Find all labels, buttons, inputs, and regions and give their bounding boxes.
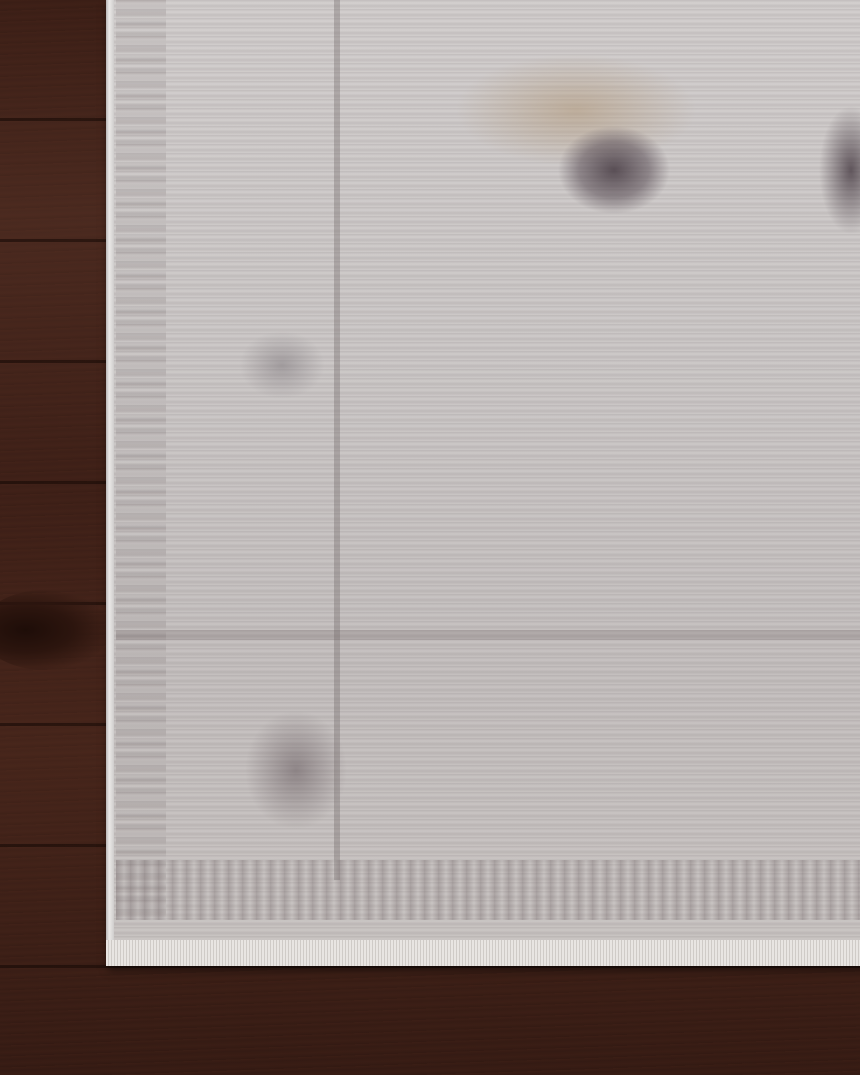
rug-border-vertical bbox=[116, 0, 166, 920]
rug-border-line-horizontal bbox=[116, 630, 860, 640]
rug-fringe bbox=[106, 940, 860, 966]
rug-bound-edge bbox=[106, 0, 114, 966]
rug-border-line-vertical bbox=[334, 0, 340, 880]
wood-knot bbox=[0, 590, 110, 670]
rug bbox=[106, 0, 860, 966]
rug-border-horizontal bbox=[116, 860, 860, 920]
